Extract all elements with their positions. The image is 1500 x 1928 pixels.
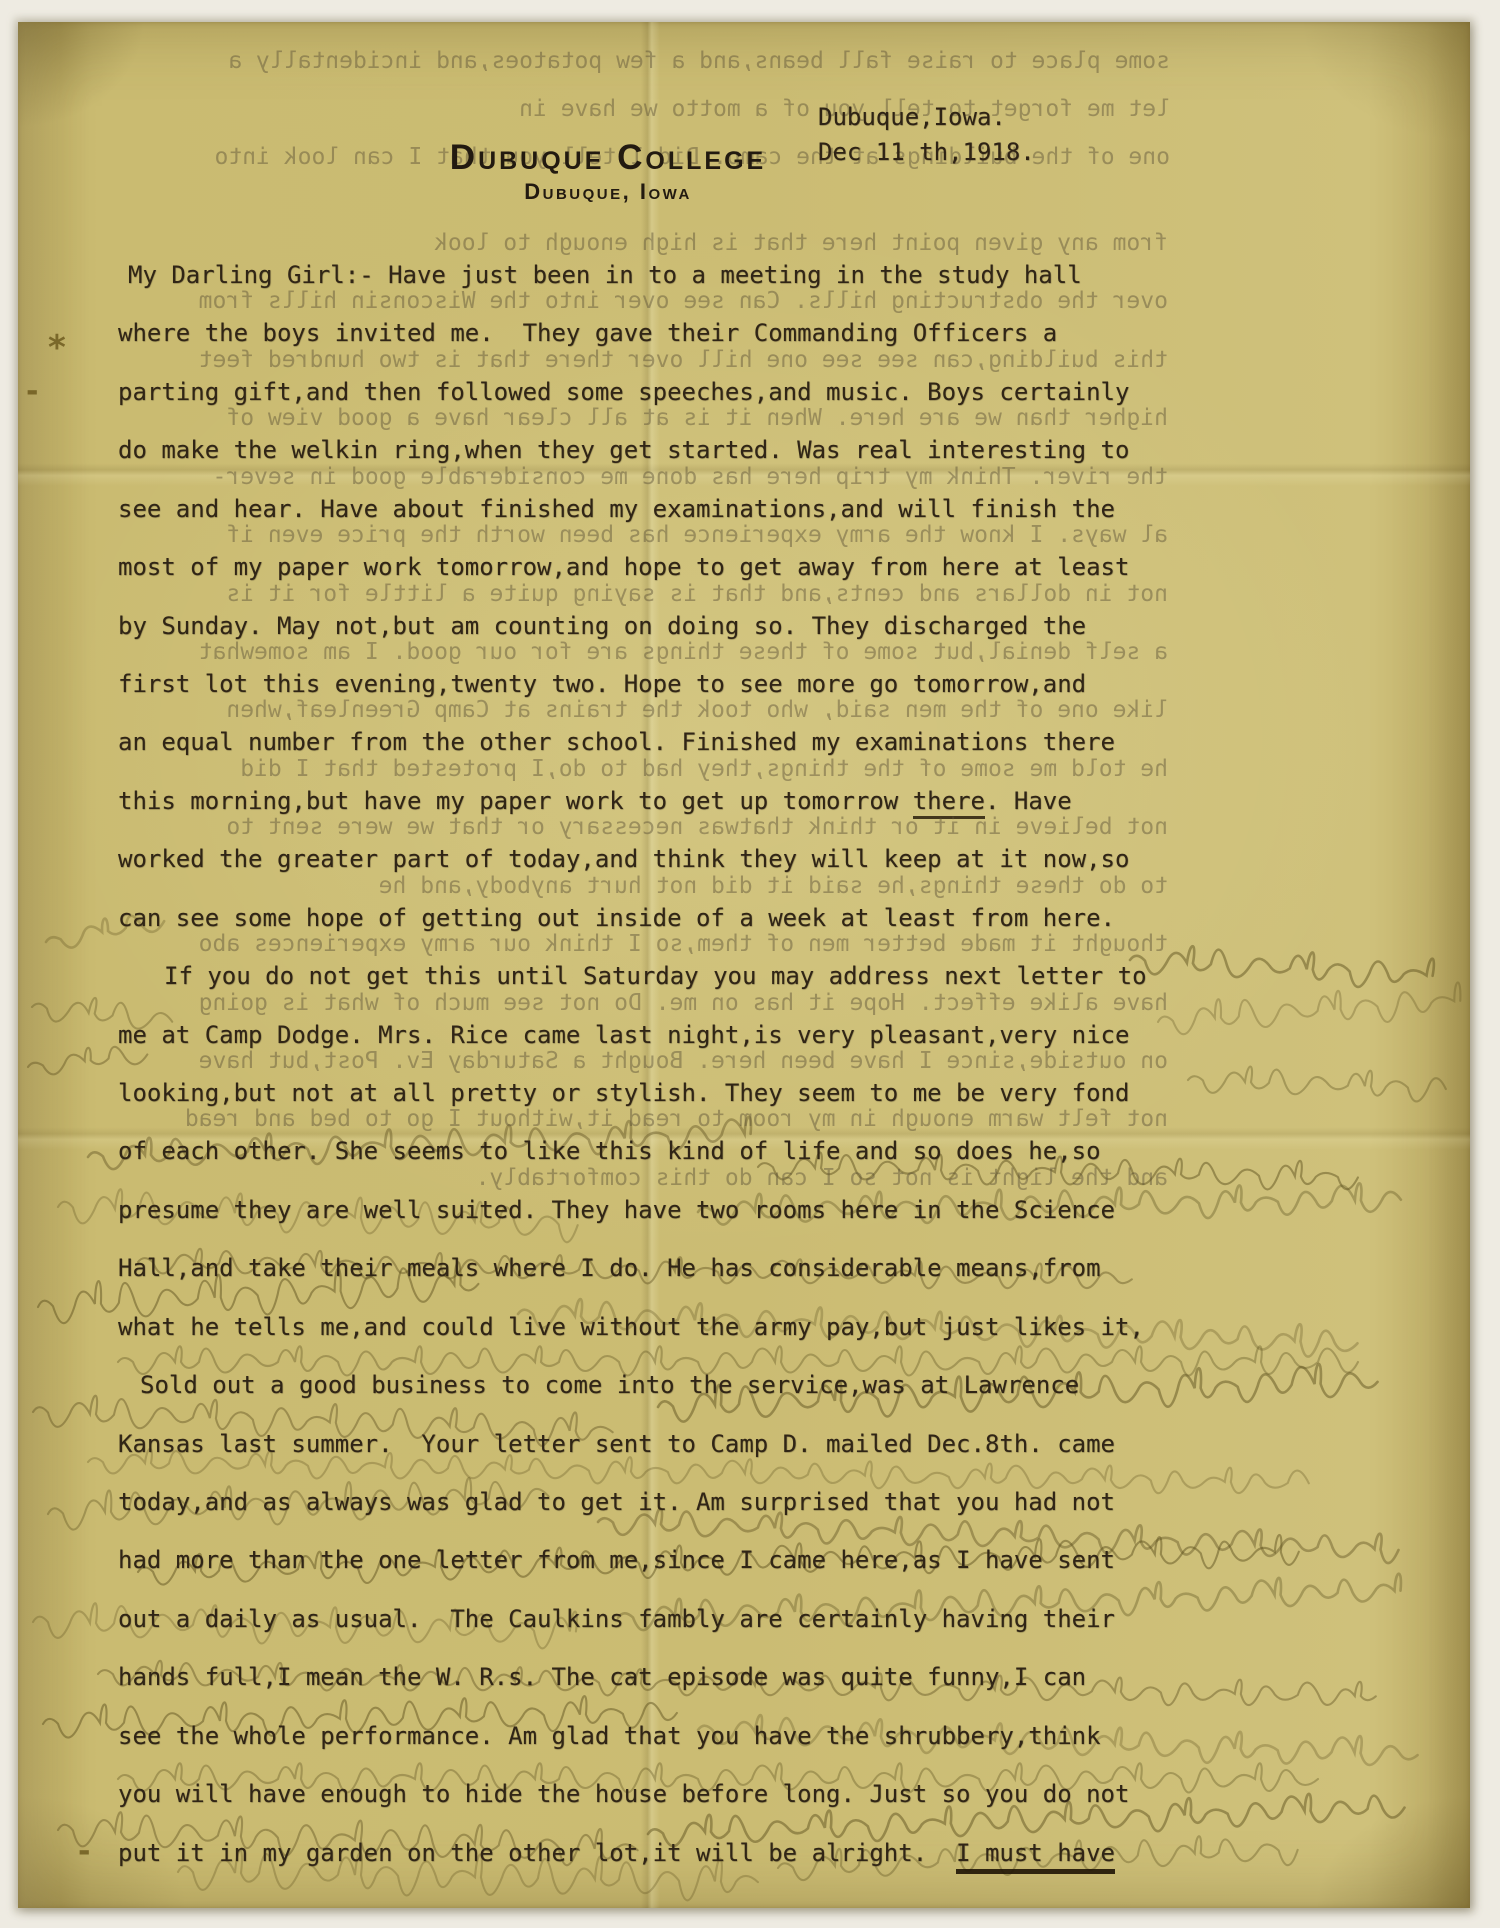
typed-line: where the boys invited me. They gave the… bbox=[118, 319, 1057, 347]
typed-line: looking,but not at all pretty or stylish… bbox=[118, 1079, 1129, 1107]
typed-line: out a daily as usual. The Caulkins fambl… bbox=[118, 1605, 1115, 1633]
typed-line: parting gift,and then followed some spee… bbox=[118, 378, 1129, 406]
pencil-margin-mark: - bbox=[26, 374, 38, 409]
letter-line-row: this building,can see see one hill over … bbox=[118, 349, 1378, 407]
bleedthrough-line: not believe in it or think thatwas neces… bbox=[48, 814, 1168, 840]
dateline-place: Dubuque,Iowa. bbox=[818, 103, 1006, 131]
bleedthrough-line: and the light is not so I can do this co… bbox=[48, 1165, 1168, 1191]
letter-line-row: not felt warm enough in my room to read … bbox=[118, 1108, 1378, 1166]
letter-line-row: had more than the one letter from me,sin… bbox=[118, 1517, 1378, 1575]
bleedthrough-line: not felt warm enough in my room to read … bbox=[48, 1106, 1168, 1132]
typed-line: what he tells me,and could live without … bbox=[118, 1313, 1144, 1341]
letter-line-row: and the light is not so I can do this co… bbox=[118, 1167, 1378, 1225]
letter-line-row: higher than we are here. When it is at a… bbox=[118, 407, 1378, 465]
letter-line-row: on outside,since I have been here. Bough… bbox=[118, 1050, 1378, 1108]
bleedthrough-line: on outside,since I have been here. Bough… bbox=[48, 1048, 1168, 1074]
letter-line-row: over the obstructing hills. Can see over… bbox=[118, 290, 1378, 348]
typed-line: had more than the one letter from me,sin… bbox=[118, 1546, 1115, 1574]
bleedthrough-line: some place to raise fall beans,and a few… bbox=[70, 48, 1170, 74]
pencil-margin-mark: - bbox=[78, 1834, 90, 1869]
bleedthrough-line: thought it made better men of them,so I … bbox=[48, 931, 1168, 957]
bleedthrough-line: have alike effect. Hope it has on me. Do… bbox=[48, 990, 1168, 1016]
typed-line: by Sunday. May not,but am counting on do… bbox=[118, 612, 1086, 640]
typed-line: do make the welkin ring,when they get st… bbox=[118, 436, 1129, 464]
letter-line-row: what he tells me,and could live without … bbox=[118, 1284, 1378, 1342]
bleedthrough-line: like one of the men said, who took the t… bbox=[48, 697, 1168, 723]
letter-line-row: Hall,and take their meals where I do. He… bbox=[118, 1225, 1378, 1283]
typed-line: see and hear. Have about finished my exa… bbox=[118, 495, 1115, 523]
underlined-phrase: I must have bbox=[956, 1839, 1115, 1874]
typed-line: put it in my garden on the other lot,it … bbox=[118, 1839, 1115, 1867]
letter-line-row: he told me some of the things,they had t… bbox=[118, 758, 1378, 816]
bleedthrough-line: this building,can see see one hill over … bbox=[48, 347, 1168, 373]
letter-line-row: not believe in it or think thatwas neces… bbox=[118, 816, 1378, 874]
typed-line: me at Camp Dodge. Mrs. Rice came last ni… bbox=[118, 1021, 1129, 1049]
bleedthrough-line: to do these things,he said it did not hu… bbox=[48, 873, 1168, 899]
typed-line: hands full,I mean the W. R.s. The cat ep… bbox=[118, 1663, 1086, 1691]
letter-line-row: not in dollars and cents,and that is say… bbox=[118, 583, 1378, 641]
typed-line: If you do not get this until Saturday yo… bbox=[164, 962, 1147, 990]
typed-line: can see some hope of getting out inside … bbox=[118, 904, 1115, 932]
letter-line-row: a self denial,but some of these things a… bbox=[118, 641, 1378, 699]
typed-line: worked the greater part of today,and thi… bbox=[118, 845, 1129, 873]
bleedthrough-line: from any given point here that is high e… bbox=[48, 230, 1168, 256]
dateline-date: Dec 11 th,1918. bbox=[818, 138, 1035, 166]
letter-paper: some place to raise fall beans,and a few… bbox=[18, 22, 1470, 1908]
dateline: Dubuque,Iowa.Dec 11 th,1918. bbox=[818, 100, 1035, 170]
letter-line-row: Kansas last summer. Your letter sent to … bbox=[118, 1401, 1378, 1459]
typed-line: Sold out a good business to come into th… bbox=[140, 1371, 1079, 1399]
typed-line: an equal number from the other school. F… bbox=[118, 728, 1115, 756]
bleedthrough-line: not in dollars and cents,and that is say… bbox=[48, 581, 1168, 607]
typed-line: of each other. She seems to like this ki… bbox=[118, 1137, 1101, 1165]
typed-line: you will have enough to hide the house b… bbox=[118, 1780, 1129, 1808]
bleedthrough-line: a self denial,but some of these things a… bbox=[48, 639, 1168, 665]
letter-line-row: from any given point here that is high e… bbox=[118, 232, 1378, 290]
scanned-letter-page: { "document": { "kind": "typewritten-let… bbox=[0, 0, 1500, 1928]
typed-line: see the whole performance. Am glad that … bbox=[118, 1722, 1101, 1750]
typed-line: first lot this evening,twenty two. Hope … bbox=[118, 670, 1086, 698]
letter-line-row: hands full,I mean the W. R.s. The cat ep… bbox=[118, 1634, 1378, 1692]
bleedthrough-line: he told me some of the things,they had t… bbox=[48, 756, 1168, 782]
letter-line-row: thought it made better men of them,so I … bbox=[118, 933, 1378, 991]
letter-line-row: put it in my garden on the other lot,it … bbox=[118, 1810, 1378, 1868]
letter-line-row: the river. Think my trip here has done m… bbox=[118, 466, 1378, 524]
letter-line-row: like one of the men said, who took the t… bbox=[118, 699, 1378, 757]
typed-line: today,and as always was glad to get it. … bbox=[118, 1488, 1115, 1516]
letterhead-city: Dubuque, Iowa bbox=[18, 175, 1198, 208]
letter-line-row: have alike effect. Hope it has on me. Do… bbox=[118, 992, 1378, 1050]
letter-line-row: see the whole performance. Am glad that … bbox=[118, 1693, 1378, 1751]
letter-line-row: out a daily as usual. The Caulkins fambl… bbox=[118, 1576, 1378, 1634]
typed-line: Hall,and take their meals where I do. He… bbox=[118, 1254, 1101, 1282]
letter-line-row: Sold out a good business to come into th… bbox=[118, 1342, 1378, 1400]
typed-line: My Darling Girl:- Have just been in to a… bbox=[128, 261, 1082, 289]
typed-line: Kansas last summer. Your letter sent to … bbox=[118, 1430, 1115, 1458]
pencil-margin-mark: * bbox=[48, 328, 66, 368]
letter-line-row: you will have enough to hide the house b… bbox=[118, 1751, 1378, 1809]
typed-line: most of my paper work tomorrow,and hope … bbox=[118, 553, 1129, 581]
typed-line: this morning,but have my paper work to g… bbox=[118, 787, 1072, 815]
bleedthrough-line: over the obstructing hills. Can see over… bbox=[48, 288, 1168, 314]
bleedthrough-line: al ways. I know the army experience has … bbox=[48, 522, 1168, 548]
letter-line-row: al ways. I know the army experience has … bbox=[118, 524, 1378, 582]
letter-line-row: to do these things,he said it did not hu… bbox=[118, 875, 1378, 933]
letter-line-row: today,and as always was glad to get it. … bbox=[118, 1459, 1378, 1517]
bleedthrough-line: higher than we are here. When it is at a… bbox=[48, 405, 1168, 431]
typed-line: presume they are well suited. They have … bbox=[118, 1196, 1115, 1224]
bleedthrough-line: the river. Think my trip here has done m… bbox=[48, 464, 1168, 490]
